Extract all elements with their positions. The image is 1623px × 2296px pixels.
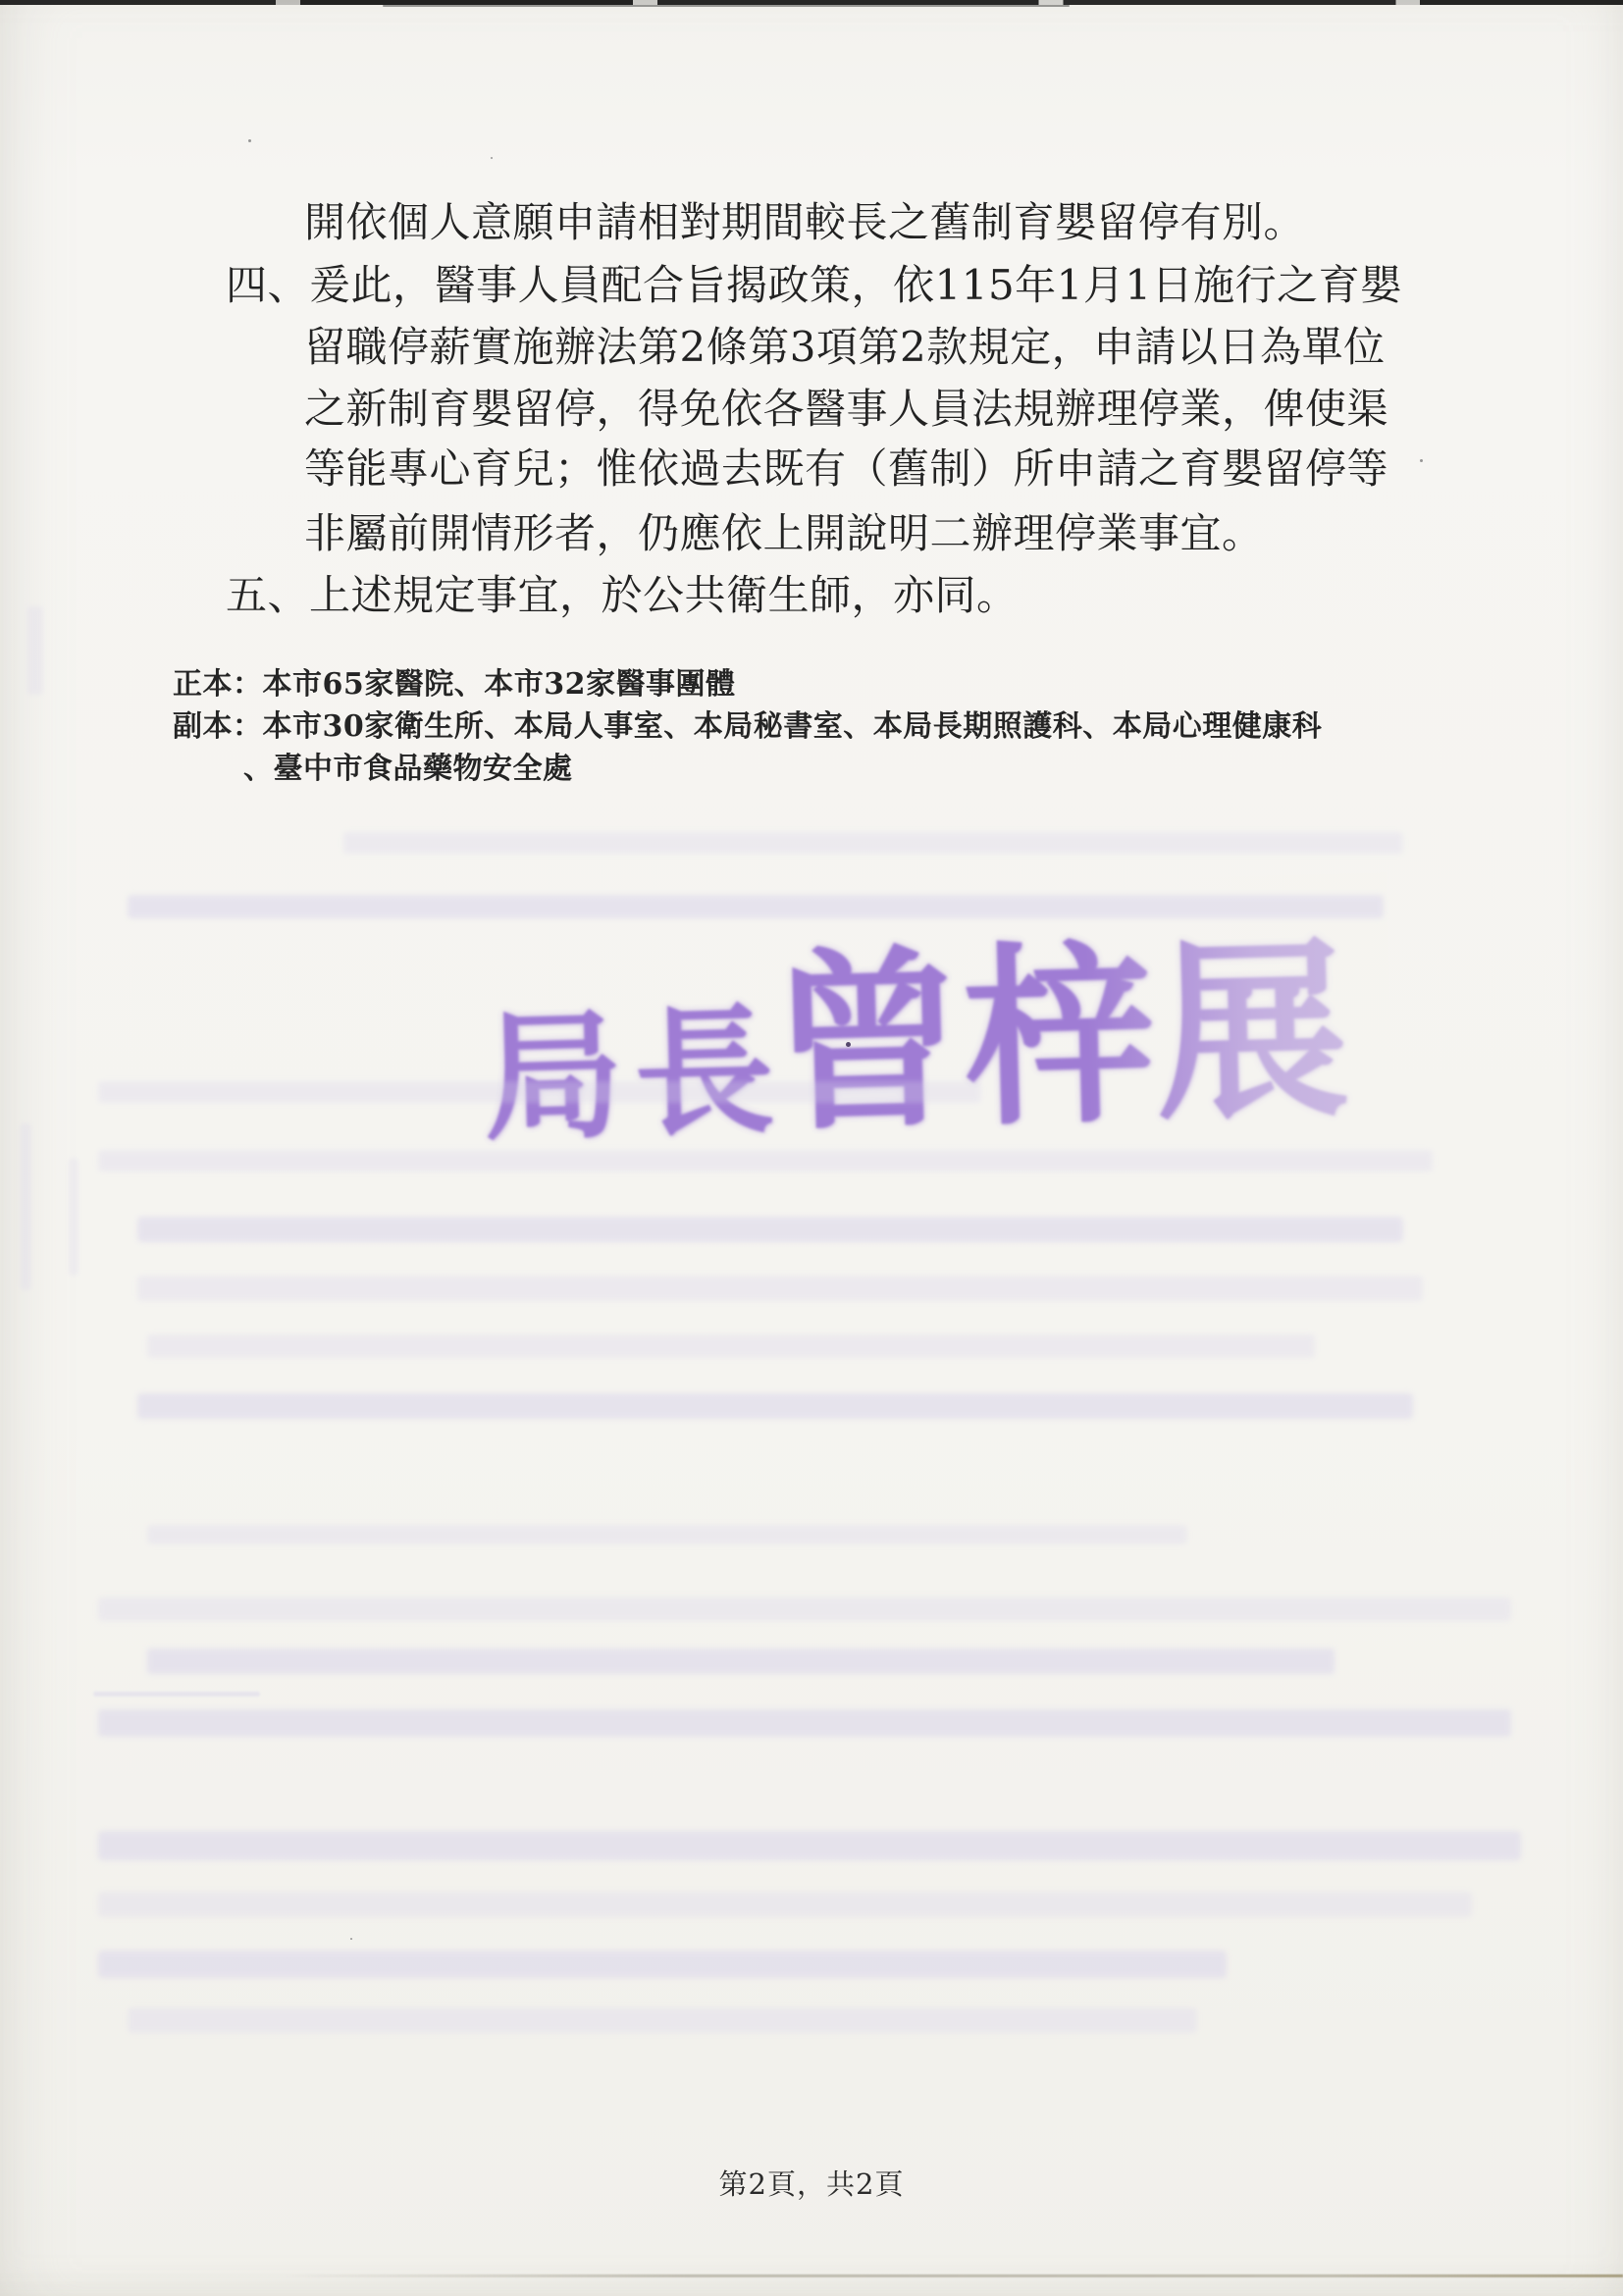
body-line-6: 非屬前開情形者，仍應依上開說明二辦理停業事宜。 — [304, 511, 1264, 556]
bleed-through-band — [137, 1276, 1423, 1301]
body-line-5: 等能專心育兒；惟依過去既有（舊制）所申請之育嬰留停等 — [304, 446, 1388, 492]
stamp-fade-overlay — [1083, 872, 1395, 1194]
bleed-through-band — [137, 1393, 1413, 1419]
bleed-through-band — [98, 1951, 1227, 1978]
copy-recipients-text-2: 、臺中市食品藥物安全處 — [243, 752, 573, 786]
bleed-through-band — [137, 1217, 1403, 1242]
bleed-through-band — [128, 2008, 1197, 2033]
scan-artifact-top-edge — [383, 5, 1070, 7]
bleed-through-edge-smudge — [20, 1123, 31, 1290]
dust-speck — [491, 157, 493, 159]
copy-recipients-label: 副本： — [173, 709, 263, 744]
body-line-3: 留職停薪實施辦法第2條第3項第2款規定，申請以日為單位 — [304, 325, 1386, 370]
body-line-1: 開依個人意願申請相對期間較長之舊制育嬰留停有別。 — [304, 200, 1305, 245]
bleed-through-band — [98, 1892, 1472, 1917]
page-number: 第2頁，共2頁 — [0, 2163, 1623, 2203]
bleed-through-band — [147, 1525, 1187, 1544]
copy-recipients-line-1: 副本：本市30家衛生所、本局人事室、本局秘書室、本局長期照護科、本局心理健康科 — [173, 707, 1322, 747]
body-line-2: 四、爰此，醫事人員配合旨揭政策，依115年1月1日施行之育嬰 — [226, 263, 1402, 308]
scanned-letter-page: 開依個人意願申請相對期間較長之舊制育嬰留停有別。 四、爰此，醫事人員配合旨揭政策… — [0, 0, 1623, 2296]
body-line-7: 五、上述規定事宜，於公共衛生師，亦同。 — [226, 573, 1019, 618]
body-line-4: 之新制育嬰留停，得免依各醫事人員法規辦理停業，俾使渠 — [304, 387, 1388, 432]
stamp-title: 局長 — [481, 960, 788, 1168]
scan-artifact-bottom-edge — [285, 2274, 1623, 2277]
ink-speck — [846, 1042, 851, 1047]
original-recipients-text: 本市65家醫院、本市32家醫事團體 — [263, 667, 736, 702]
stamp-name: 曾梓展 — [767, 876, 1351, 1168]
original-recipients-label: 正本： — [173, 667, 263, 702]
bleed-through-band — [343, 832, 1403, 854]
copy-recipients-text-1: 本市30家衛生所、本局人事室、本局秘書室、本局長期照護科、本局心理健康科 — [263, 709, 1323, 744]
bleed-through-band — [128, 895, 1384, 918]
bleed-through-band — [98, 1081, 981, 1103]
bleed-through-band — [147, 1648, 1335, 1674]
dust-speck — [350, 1938, 352, 1940]
dust-speck — [997, 297, 1000, 300]
bleed-through-band — [98, 1709, 1511, 1737]
dust-speck — [1420, 459, 1423, 462]
bleed-through-edge-smudge — [69, 1158, 79, 1276]
bleed-through-band — [147, 1334, 1315, 1358]
copy-recipients-line-2: 、臺中市食品藥物安全處 — [243, 750, 573, 789]
original-recipients-line: 正本：本市65家醫院、本市32家醫事團體 — [173, 665, 736, 704]
bleed-through-band — [98, 1150, 1433, 1172]
bleed-through-band — [98, 1597, 1511, 1621]
bleed-through-streak — [93, 1692, 260, 1696]
dust-speck — [248, 139, 251, 142]
bleed-through-edge-smudge — [27, 606, 43, 695]
bleed-through-band — [98, 1831, 1521, 1860]
